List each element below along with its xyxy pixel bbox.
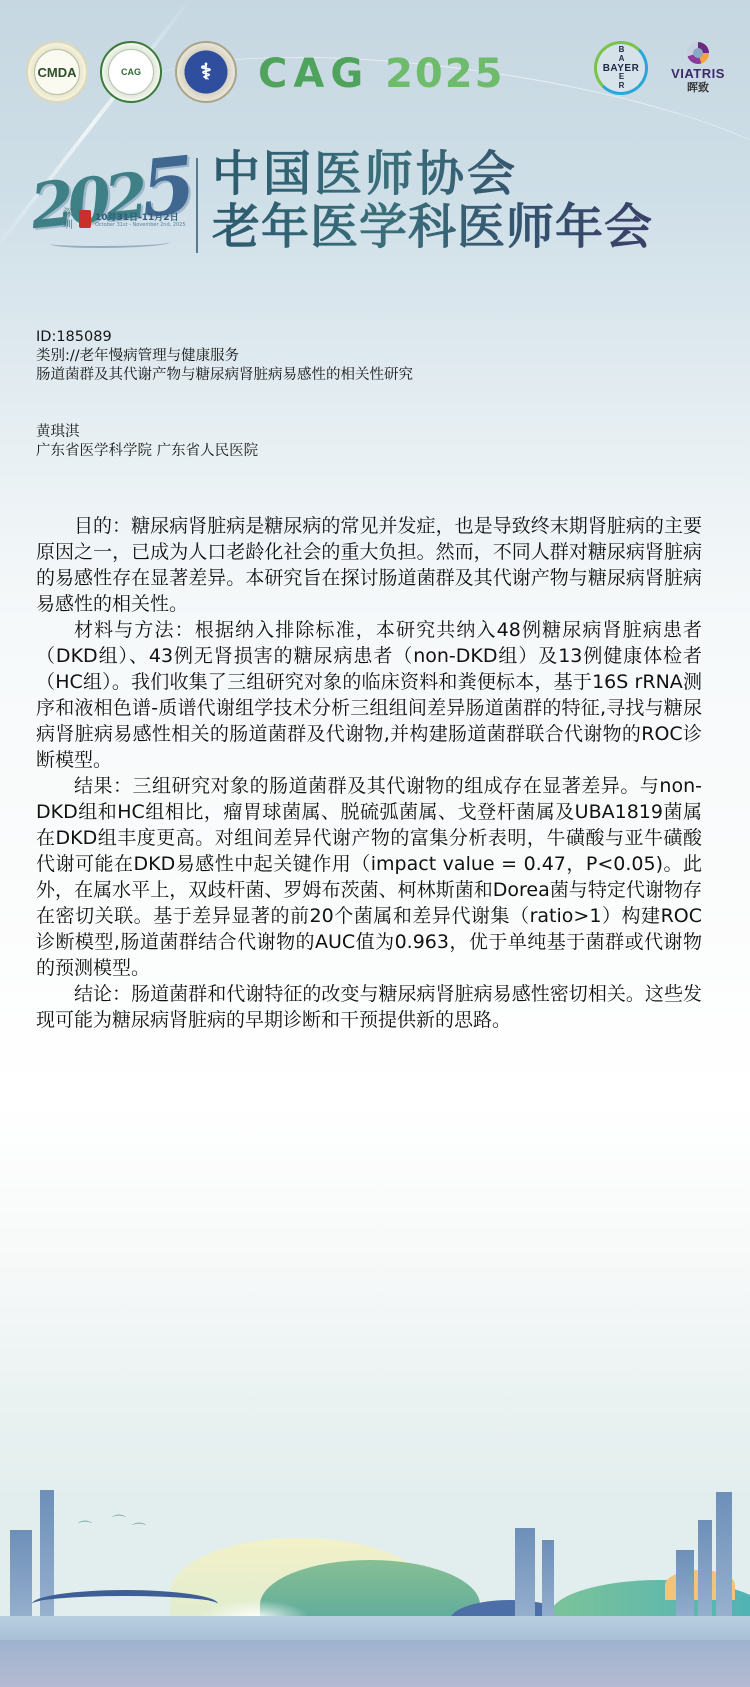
arch-bridge [32,1590,218,1618]
abstract-id: ID:185089 [36,328,716,347]
event-logo: CAG 2025 [258,52,504,96]
viatris-globe-icon [687,42,709,64]
cag-association-logo: CAG [100,41,162,103]
water-reflection [0,1616,750,1640]
abstract-methods: 材料与方法：根据纳入排除标准，本研究共纳入48例糖尿病肾脏病患者（DKD组）、4… [36,617,702,773]
bayer-letter: B [617,45,626,54]
event-logo-cag: CAG [258,51,369,97]
logo-row: CMDA CAG ⚕ CAG 2025 BAYER B A E R VIATRI… [0,38,750,108]
conference-title-line1: 中国医师协会 [212,148,653,200]
viatris-name: VIATRIS [666,66,730,81]
caduceus-icon: ⚕ [200,59,212,85]
title-banner: 2025 深圳 10月31日-11月2日 October 31st - Nove… [0,140,750,265]
university-hospital-logo: ⚕ [175,41,237,103]
conference-title-line2: 老年医学科医师年会 [212,200,653,254]
cmda-logo: CMDA [26,41,88,103]
bayer-cross-gap [617,63,626,72]
bayer-logo-vertical: B A E R [617,45,626,90]
bayer-logo: BAYER B A E R [594,41,648,95]
abstract-title: 肠道菌群及其代谢产物与糖尿病肾脏病易感性的相关性研究 [36,366,716,385]
viatris-logo: VIATRIS 晖致 [666,42,730,94]
abstract-category: 类别://老年慢病管理与健康服务 [36,347,716,366]
author-affiliation: 广东省医学科学院 广东省人民医院 [36,442,716,461]
brush-stroke [50,238,170,248]
red-seal-icon [79,210,91,228]
year-calligraphy: 2025 [26,140,194,247]
abstract-results: 结果：三组研究对象的肠道菌群及其代谢物的组成存在显著差异。与non-DKD组和H… [36,773,702,981]
bayer-letter: E [617,72,626,81]
banner-divider [196,158,198,253]
conference-title: 中国医师协会 老年医学科医师年会 [212,148,653,254]
bird-icon: ⌒ [112,1512,126,1532]
event-date-en: October 31st - November 2nd, 2025 [95,222,186,228]
event-logo-year: 2025 [385,51,504,97]
author-name: 黄琪淇 [36,423,716,442]
seal-ring [34,49,80,95]
abstract-body: 目的：糖尿病肾脏病是糖尿病的常见并发症，也是导致终末期肾脏病的主要原因之一，已成… [36,513,702,1033]
skyline-footer: ⌒ ⌒ ⌒ [0,1460,750,1687]
city-name: 深圳 [63,208,75,232]
bird-icon: ⌒ [132,1520,146,1540]
spacer [36,385,716,423]
bird-icon: ⌒ [78,1518,92,1538]
year-digits: 202 [27,159,145,243]
abstract-conclusion: 结论：肠道菌群和代谢特征的改变与糖尿病肾脏病易感性密切相关。这些发现可能为糖尿病… [36,981,702,1033]
abstract-metadata: ID:185089 类别://老年慢病管理与健康服务 肠道菌群及其代谢产物与糖尿… [36,328,716,461]
seal-ring [108,49,154,95]
footer-base [0,1640,750,1687]
bayer-letter: R [617,81,626,90]
bayer-letter: A [617,54,626,63]
abstract-objective: 目的：糖尿病肾脏病是糖尿病的常见并发症，也是导致终末期肾脏病的主要原因之一，已成… [36,513,702,617]
viatris-cn-name: 晖致 [666,81,730,94]
